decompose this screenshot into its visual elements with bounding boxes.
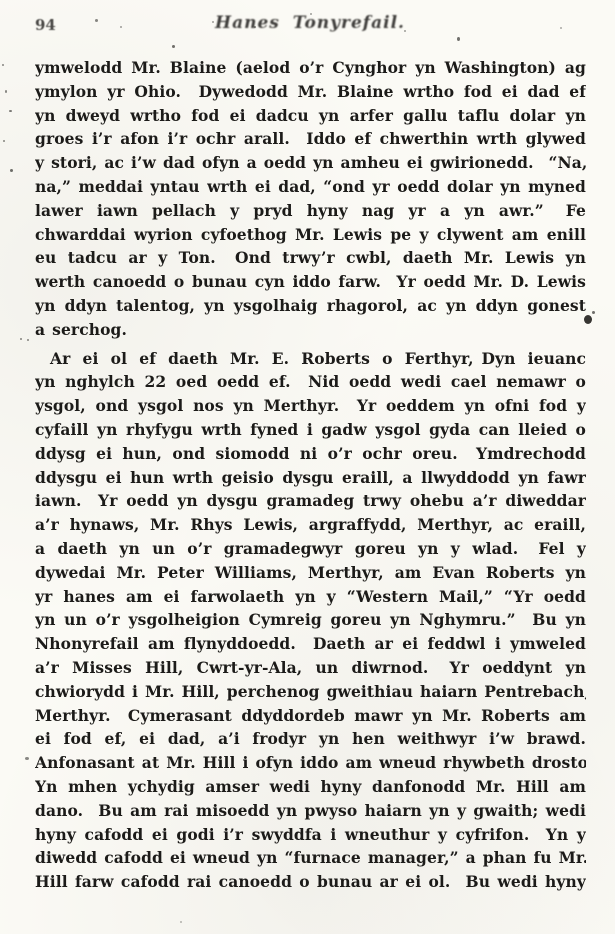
text-line: eu tadcu ar y Ton. Ond trwy’r cwbl, daet… bbox=[35, 246, 586, 270]
text-line: yr hanes am ei farwolaeth yn y “Western … bbox=[35, 585, 586, 609]
text-line: ei fod ef, ei dad, a’i frodyr yn hen wei… bbox=[35, 727, 586, 751]
scanned-page: 94 Hanes Tonyrefail. ymwelodd Mr. Blaine… bbox=[0, 0, 615, 934]
ink-speck bbox=[457, 37, 460, 41]
text-line: a’r hynaws, Mr. Rhys Lewis, argraffydd, … bbox=[35, 513, 586, 537]
text-line: ddysg ei hun, ond siomodd ni o’r ochr or… bbox=[35, 442, 586, 466]
text-line: a serchog. bbox=[35, 318, 586, 342]
text-line: iawn. Yr oedd yn dysgu gramadeg trwy ohe… bbox=[35, 489, 586, 513]
text-line: y stori, ac i’w dad ofyn a oedd yn amheu… bbox=[35, 151, 586, 175]
text-line: Anfonasant at Mr. Hill i ofyn iddo am wn… bbox=[35, 751, 586, 775]
ink-speck bbox=[212, 21, 214, 23]
text-line: yn nghylch 22 oed oedd ef. Nid oedd wedi… bbox=[35, 370, 586, 394]
ink-blot bbox=[584, 315, 592, 324]
ink-speck bbox=[25, 757, 29, 760]
text-line: Hill farw cafodd rai canoedd o bunau ar … bbox=[35, 870, 586, 894]
ink-speck bbox=[95, 19, 98, 22]
ink-speck bbox=[10, 169, 13, 172]
ink-speck bbox=[5, 90, 7, 93]
text-line: diwedd cafodd ei wneud yn “furnace manag… bbox=[35, 846, 586, 870]
text-line: yn ddyn talentog, yn ysgolhaig rhagorol,… bbox=[35, 294, 586, 318]
ink-speck bbox=[20, 338, 22, 340]
text-line: chwiorydd i Mr. Hill, perchenog gweithia… bbox=[35, 680, 586, 704]
text-line: yn dweyd wrtho fod ei dadcu yn arfer gal… bbox=[35, 104, 586, 128]
text-line: a’r Misses Hill, Cwrt-yr-Ala, un diwrnod… bbox=[35, 656, 586, 680]
text-line: Nhonyrefail am flynyddoedd. Daeth ar ei … bbox=[35, 632, 586, 656]
text-line: lawer iawn pellach y pryd hyny nag yr a … bbox=[35, 199, 586, 223]
ink-speck bbox=[172, 45, 175, 48]
ink-speck bbox=[180, 921, 182, 923]
text-line: dywedai Mr. Peter Williams, Merthyr, am … bbox=[35, 561, 586, 585]
ink-speck bbox=[120, 26, 122, 28]
page-body: ymwelodd Mr. Blaine (aelod o’r Cynghor y… bbox=[35, 56, 586, 894]
ink-speck bbox=[560, 27, 562, 29]
text-line: a daeth yn un o’r gramadegwyr goreu yn y… bbox=[35, 537, 586, 561]
text-line: chwarddai wyrion cyfoethog Mr. Lewis pe … bbox=[35, 223, 586, 247]
text-line: ymylon yr Ohio. Dywedodd Mr. Blaine wrth… bbox=[35, 80, 586, 104]
text-line: hyny cafodd ei godi i’r swyddfa i wneuth… bbox=[35, 823, 586, 847]
text-line: groes i’r afon i’r ochr arall. Iddo ef c… bbox=[35, 127, 586, 151]
text-line: ddysgu ei hun wrth geisio dysgu eraill, … bbox=[35, 466, 586, 490]
text-line: na,” meddai yntau wrth ei dad, “ond yr o… bbox=[35, 175, 586, 199]
ink-speck bbox=[27, 339, 29, 341]
ink-speck bbox=[592, 311, 595, 314]
text-line: dano. Bu am rai misoedd yn pwyso haiarn … bbox=[35, 799, 586, 823]
paragraph: Ar ei ol ef daeth Mr. E. Roberts o Ferth… bbox=[35, 347, 586, 894]
ink-speck bbox=[2, 64, 4, 66]
text-line: ysgol, ond ysgol nos yn Merthyr. Yr oedd… bbox=[35, 394, 586, 418]
page-header: 94 Hanes Tonyrefail. bbox=[35, 13, 585, 39]
text-line: Yn mhen ychydig amser wedi hyny danfonod… bbox=[35, 775, 586, 799]
ink-speck bbox=[404, 30, 406, 32]
text-line: werth canoedd o bunau cyn iddo farw. Yr … bbox=[35, 270, 586, 294]
ink-speck bbox=[3, 140, 5, 142]
paragraph: ymwelodd Mr. Blaine (aelod o’r Cynghor y… bbox=[35, 56, 586, 342]
text-line: Ar ei ol ef daeth Mr. E. Roberts o Ferth… bbox=[35, 347, 586, 371]
text-line: cyfaill yn rhyfygu wrth fyned i gadw ysg… bbox=[35, 418, 586, 442]
ink-speck bbox=[254, 26, 256, 28]
running-title: Hanes Tonyrefail. bbox=[35, 13, 585, 33]
ink-speck bbox=[9, 110, 12, 112]
text-line: ymwelodd Mr. Blaine (aelod o’r Cynghor y… bbox=[35, 56, 586, 80]
ink-speck bbox=[310, 13, 312, 15]
text-line: Merthyr. Cymerasant ddyddordeb mawr yn M… bbox=[35, 704, 586, 728]
text-line: yn un o’r ysgolheigion Cymreig goreu yn … bbox=[35, 608, 586, 632]
